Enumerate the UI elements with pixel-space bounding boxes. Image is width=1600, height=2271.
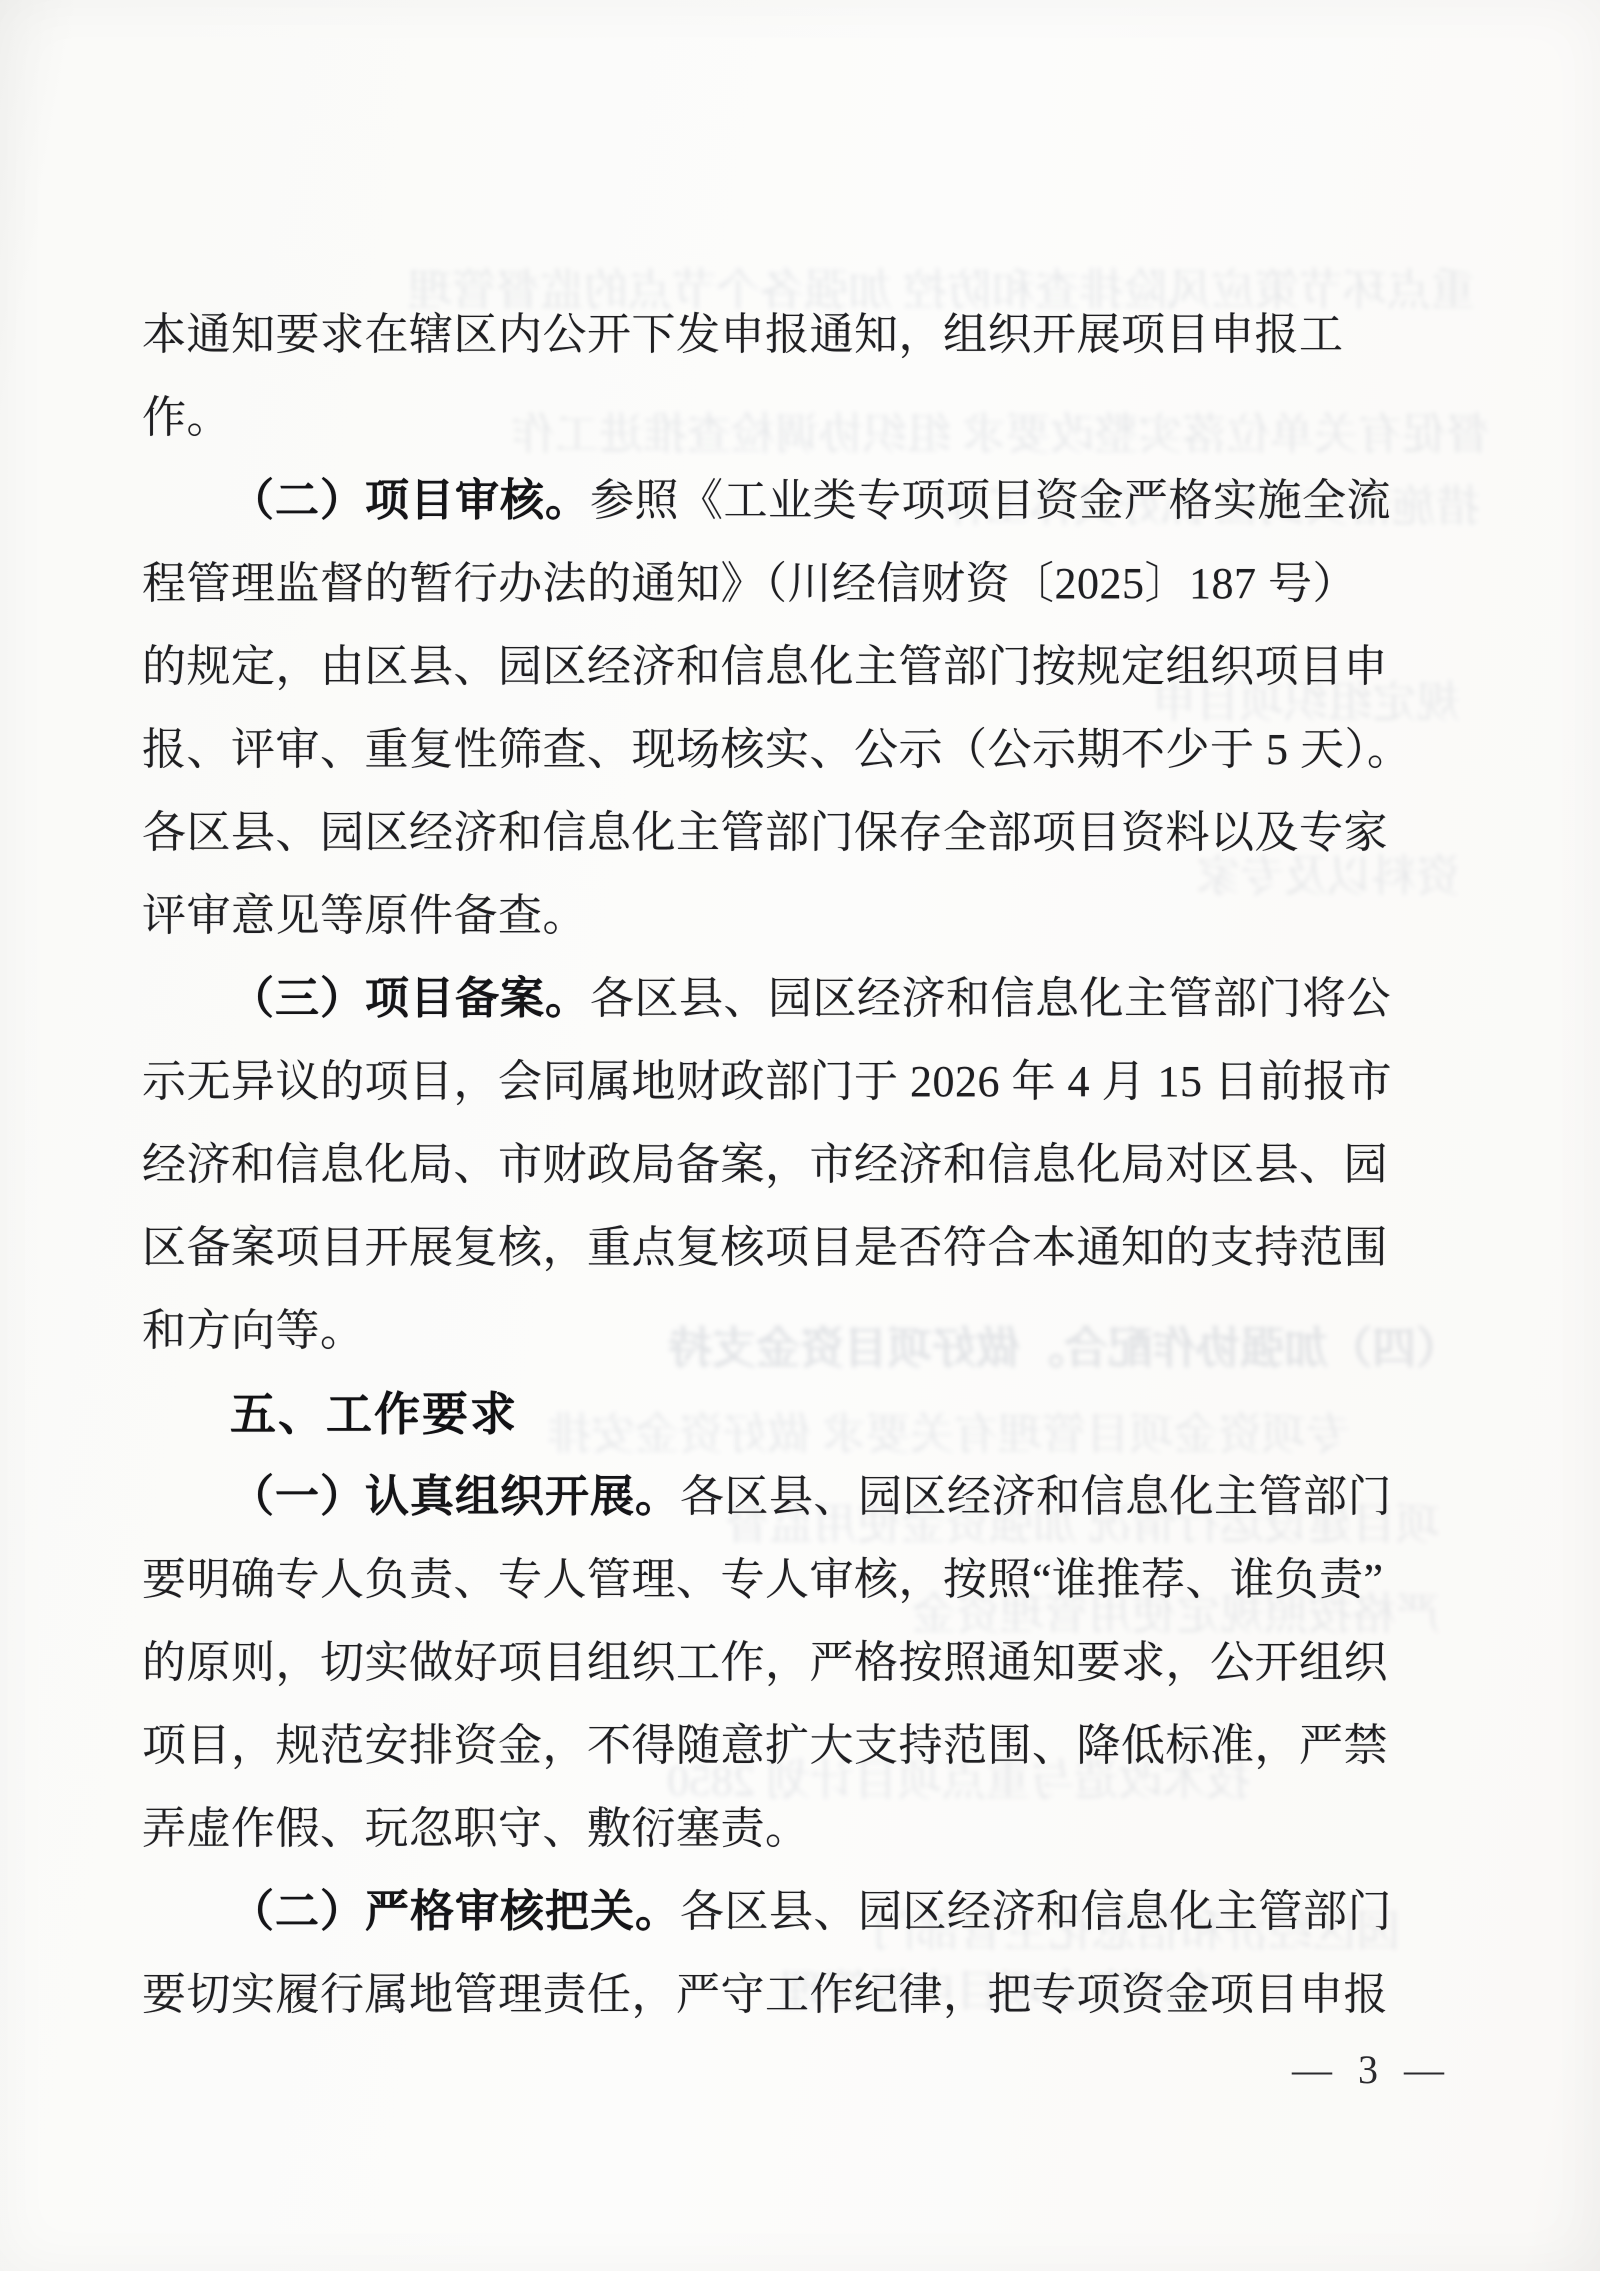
body-line: 评审意见等原件备查。 [142,889,1482,943]
body-line: （一）认真组织开展。各区县、园区经济和信息化主管部门 [142,1470,1570,1524]
body-line: 经济和信息化局、市财政局备案，市经济和信息化局对区县、园 [142,1138,1482,1192]
text-segment: 的原则，切实做好项目组织工作，严格按照通知要求，公开组织 [142,1638,1388,1687]
text-segment: 参照《工业类专项项目资金严格实施全流 [590,476,1391,525]
body-line: 弄虚作假、玩忽职守、敷衍塞责。 [142,1802,1482,1856]
text-block: 本通知要求在辖区内公开下发申报通知，组织开展项目申报工作。（二）项目审核。参照《… [0,0,1600,2271]
body-line: 报、评审、重复性筛查、现场核实、公示（公示期不少于 5 天）。 [142,723,1482,777]
text-segment: 各区县、园区经济和信息化主管部门将公 [590,974,1391,1023]
text-segment: 示无异议的项目，会同属地财政部门于 2026 年 4 月 15 日前报市 [142,1057,1392,1106]
text-segment: 各区县、园区经济和信息化主管部门 [680,1887,1392,1936]
body-line: 要切实履行属地管理责任，严守工作纪律，把专项资金项目申报 [142,1968,1482,2022]
section-heading: 五、工作要求 [142,1387,1570,1443]
text-segment: 本通知要求在辖区内公开下发申报通知，组织开展项目申报工 [142,310,1344,359]
text-segment: 报、评审、重复性筛查、现场核实、公示（公示期不少于 5 天）。 [142,725,1412,774]
text-segment: 弄虚作假、玩忽职守、敷衍塞责。 [142,1804,810,1853]
scanned-document-page: 重点环节策应风险排查和防控 加强各个节点的监督管理督促有关单位落实整改要求 组织… [0,0,1600,2271]
body-line: （二）项目审核。参照《工业类专项项目资金严格实施全流 [142,474,1570,528]
body-line: 的原则，切实做好项目组织工作，严格按照通知要求，公开组织 [142,1636,1482,1690]
body-line: 各区县、园区经济和信息化主管部门保存全部项目资料以及专家 [142,806,1482,860]
emphasis-text-segment: （二）项目审核。 [230,476,590,525]
body-line: 示无异议的项目，会同属地财政部门于 2026 年 4 月 15 日前报市 [142,1055,1482,1109]
body-line: 要明确专人负责、专人管理、专人审核，按照“谁推荐、谁负责” [142,1553,1482,1607]
text-segment: 区备案项目开展复核，重点复核项目是否符合本通知的支持范围 [142,1223,1388,1272]
text-segment: 要明确专人负责、专人管理、专人审核，按照“谁推荐、谁负责” [142,1555,1384,1604]
text-segment: 要切实履行属地管理责任，严守工作纪律，把专项资金项目申报 [142,1970,1388,2019]
text-segment: 作。 [142,393,231,442]
text-segment: 各区县、园区经济和信息化主管部门保存全部项目资料以及专家 [142,808,1388,857]
body-line: （二）严格审核把关。各区县、园区经济和信息化主管部门 [142,1885,1570,1939]
text-segment: 经济和信息化局、市财政局备案，市经济和信息化局对区县、园 [142,1140,1388,1189]
text-segment: 项目，规范安排资金，不得随意扩大支持范围、降低标准，严禁 [142,1721,1388,1770]
body-line: 的规定，由区县、园区经济和信息化主管部门按规定组织项目申 [142,640,1482,694]
body-line: 区备案项目开展复核，重点复核项目是否符合本通知的支持范围 [142,1221,1482,1275]
body-line: 程管理监督的暂行办法的通知》（川经信财资〔2025〕187 号） [142,557,1482,611]
emphasis-text-segment: （一）认真组织开展。 [230,1472,680,1521]
emphasis-text-segment: （二）严格审核把关。 [230,1887,680,1936]
body-line: 作。 [142,391,1482,445]
body-line: 项目，规范安排资金，不得随意扩大支持范围、降低标准，严禁 [142,1719,1482,1773]
emphasis-text-segment: 五、工作要求 [230,1388,518,1440]
page-number: — 3 — [1292,2046,1492,2093]
text-segment: 程管理监督的暂行办法的通知》（川经信财资〔2025〕187 号） [142,559,1357,608]
body-line: 本通知要求在辖区内公开下发申报通知，组织开展项目申报工 [142,308,1482,362]
body-line: 和方向等。 [142,1304,1482,1358]
text-segment: 的规定，由区县、园区经济和信息化主管部门按规定组织项目申 [142,642,1388,691]
body-line: （三）项目备案。各区县、园区经济和信息化主管部门将公 [142,972,1570,1026]
text-segment: 各区县、园区经济和信息化主管部门 [680,1472,1392,1521]
emphasis-text-segment: （三）项目备案。 [230,974,590,1023]
text-segment: 评审意见等原件备查。 [142,891,587,940]
text-segment: 和方向等。 [142,1306,365,1355]
